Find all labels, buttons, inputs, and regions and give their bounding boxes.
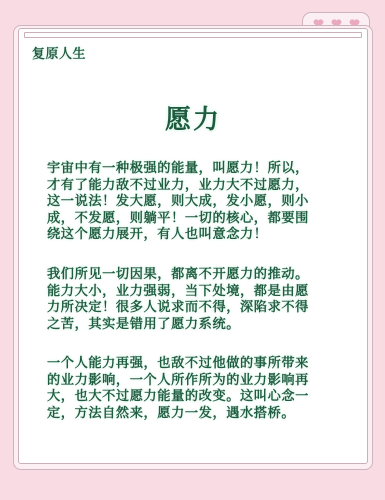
brand-label: 复原人生: [32, 43, 86, 62]
paragraph-1: 宇宙中有一种极强的能量，叫愿力！所以， 才有了能力敌不过业力，业力大不过愿力， …: [47, 161, 327, 244]
card-top-divider: [24, 32, 362, 38]
paragraph-2: 我们所见一切因果，都离不开愿力的推动。 能力大小，业力强弱，当下处境，都是由愿 …: [47, 267, 327, 333]
paragraph-3: 一个人能力再强，也敌不过他做的事所带来 的业力影响，一个人所作所为的业力影响再 …: [47, 356, 327, 422]
content-card: 复原人生 愿力 宇宙中有一种极强的能量，叫愿力！所以， 才有了能力敌不过业力，业…: [18, 28, 368, 464]
page-title: 愿力: [19, 99, 367, 136]
